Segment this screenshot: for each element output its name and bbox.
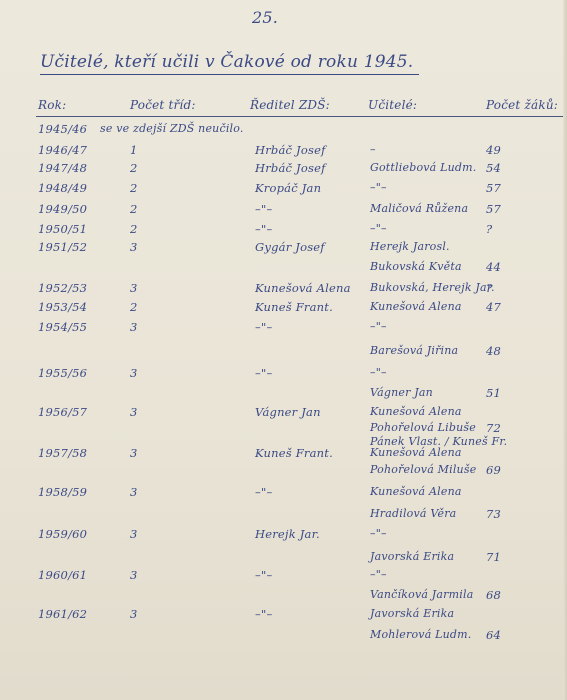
row-director: Kunešová Alena xyxy=(255,281,351,295)
row-pupils: 57 xyxy=(486,181,501,195)
row-director: –"– xyxy=(255,366,272,380)
row-year: 1952/53 xyxy=(38,281,87,295)
row-teacher: Kunešová Alena xyxy=(370,446,462,459)
row-pupils: 72 xyxy=(486,421,501,435)
page-title: Učitelé, kteří učili v Čakové od roku 19… xyxy=(40,52,419,75)
row-year: 1953/54 xyxy=(38,300,87,314)
row-classes: 2 xyxy=(130,202,138,216)
header-pupils: Počet žáků: xyxy=(486,98,558,112)
row-teacher: Gottliebová Ludm. xyxy=(370,161,477,174)
row-teacher: –"– xyxy=(370,181,387,194)
row-classes: 1 xyxy=(130,143,138,157)
row-classes: 2 xyxy=(130,181,138,195)
row-teacher: Pohořelová Libuše xyxy=(370,421,476,434)
row-teacher: Maličová Růžena xyxy=(370,202,468,215)
row-teacher: Javorská Erika xyxy=(370,607,454,620)
row-year: 1960/61 xyxy=(38,568,87,582)
row-teacher: Barešová Jiřina xyxy=(370,344,458,357)
row-classes: 3 xyxy=(130,607,138,621)
row-year: 1959/60 xyxy=(38,527,87,541)
row-classes: 3 xyxy=(130,320,138,334)
row-teacher: Kunešová Alena xyxy=(370,405,462,418)
row-teacher: –"– xyxy=(370,366,387,379)
row-pupils: 54 xyxy=(486,161,501,175)
row-pupils: 71 xyxy=(486,550,501,564)
row-director: –"– xyxy=(255,568,272,582)
row-year: 1956/57 xyxy=(38,405,87,419)
row-director: Vágner Jan xyxy=(255,405,321,419)
row-director: Kuneš Frant. xyxy=(255,446,333,460)
row-year: 1958/59 xyxy=(38,485,87,499)
row-year: 1945/46 xyxy=(38,122,87,136)
row-year: 1957/58 xyxy=(38,446,87,460)
row-pupils: 44 xyxy=(486,260,501,274)
row-teacher: Vančíková Jarmila xyxy=(370,588,473,601)
row-director: –"– xyxy=(255,607,272,621)
row-year: 1948/49 xyxy=(38,181,87,195)
row-teacher: Kunešová Alena xyxy=(370,485,462,498)
row-classes: 3 xyxy=(130,281,138,295)
row-classes: 2 xyxy=(130,161,138,175)
row-pupils: 49 xyxy=(486,143,501,157)
header-teachers: Učitelé: xyxy=(368,98,417,112)
row-director: Kropáč Jan xyxy=(255,181,321,195)
row-teacher: Kunešová Alena xyxy=(370,300,462,313)
row-year: 1949/50 xyxy=(38,202,87,216)
row-classes: 3 xyxy=(130,568,138,582)
row-classes: 2 xyxy=(130,222,138,236)
row-year: 1950/51 xyxy=(38,222,87,236)
header-classes: Počet tříd: xyxy=(130,98,196,112)
header-year: Rok: xyxy=(38,98,66,112)
row-classes: 2 xyxy=(130,300,138,314)
row-classes: 3 xyxy=(130,527,138,541)
row-classes: 3 xyxy=(130,366,138,380)
row-teacher: – xyxy=(370,143,376,156)
row-pupils: 64 xyxy=(486,628,501,642)
row-year: 1955/56 xyxy=(38,366,87,380)
row-pupils: 47 xyxy=(486,300,501,314)
row-teacher: –"– xyxy=(370,568,387,581)
row-director: Kuneš Frant. xyxy=(255,300,333,314)
row-director: Hrbáč Josef xyxy=(255,161,326,175)
row-year: 1954/55 xyxy=(38,320,87,334)
header-director: Ředitel ZDŠ: xyxy=(250,98,330,112)
row-director: Hrbáč Josef xyxy=(255,143,326,157)
row-year: 1946/47 xyxy=(38,143,87,157)
row-teacher: Herejk Jarosl. xyxy=(370,240,450,253)
row-pupils: 51 xyxy=(486,386,501,400)
row-teacher: Hradilová Věra xyxy=(370,507,456,520)
row-pupils: ? xyxy=(486,281,492,295)
row-teacher: Javorská Erika xyxy=(370,550,454,563)
row-year: 1951/52 xyxy=(38,240,87,254)
document-page: 25. Učitelé, kteří učili v Čakové od rok… xyxy=(0,0,567,700)
row-teacher: Pohořelová Miluše xyxy=(370,463,476,476)
row-pupils: 57 xyxy=(486,202,501,216)
row-director: Gygár Josef xyxy=(255,240,325,254)
row-pupils: ? xyxy=(486,222,492,236)
row-teacher: Vágner Jan xyxy=(370,386,433,399)
row-pupils: 69 xyxy=(486,463,501,477)
row-teacher: Bukovská Květa xyxy=(370,260,462,273)
row-teacher: Mohlerová Ludm. xyxy=(370,628,472,641)
row-director: Herejk Jar. xyxy=(255,527,320,541)
row-classes: 3 xyxy=(130,485,138,499)
row-director: –"– xyxy=(255,485,272,499)
row-year: 1947/48 xyxy=(38,161,87,175)
page-number: 25. xyxy=(252,8,278,27)
row-teacher: –"– xyxy=(370,222,387,235)
row-pupils: 48 xyxy=(486,344,501,358)
row-pupils: 68 xyxy=(486,588,501,602)
row-director: –"– xyxy=(255,222,272,236)
row-classes: 3 xyxy=(130,405,138,419)
row-pupils: 73 xyxy=(486,507,501,521)
row-director: –"– xyxy=(255,320,272,334)
row-year: 1961/62 xyxy=(38,607,87,621)
row-teacher: –"– xyxy=(370,320,387,333)
row-director: –"– xyxy=(255,202,272,216)
row-note: se ve zdejší ZDŠ neučilo. xyxy=(100,122,244,135)
row-teacher: Bukovská, Herejk Jar. xyxy=(370,281,495,294)
row-classes: 3 xyxy=(130,446,138,460)
row-classes: 3 xyxy=(130,240,138,254)
header-underline xyxy=(36,116,567,117)
row-teacher: –"– xyxy=(370,527,387,540)
